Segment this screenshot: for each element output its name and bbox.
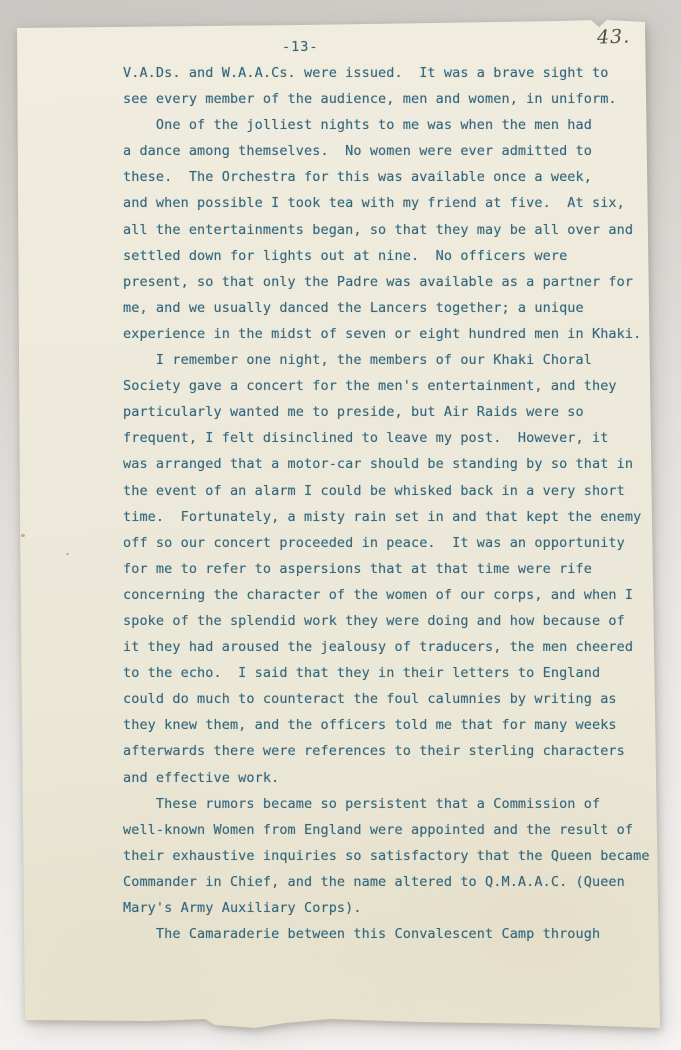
typed-line: present, so that only the Padre was avai… [123,269,658,295]
typed-line: particularly wanted me to preside, but A… [123,399,658,425]
page-number: -13- [282,39,319,55]
photo-background: -13- 43. V.A.Ds. and W.A.A.Cs. were issu… [0,0,681,1050]
typed-line: settled down for lights out at nine. No … [123,243,658,269]
typed-line: and when possible I took tea with my fri… [123,190,658,216]
typed-line: all the entertainments began, so that th… [123,217,658,243]
typed-line: for me to refer to aspersions that at th… [123,556,658,582]
typed-line: and effective work. [123,765,658,791]
typed-line: me, and we usually danced the Lancers to… [123,295,658,321]
typed-line: experience in the midst of seven or eigh… [123,321,658,347]
document-page: -13- 43. V.A.Ds. and W.A.A.Cs. were issu… [0,0,681,1050]
typed-line: One of the jolliest nights to me was whe… [123,112,658,138]
typed-line: concerning the character of the women of… [123,582,658,608]
typed-line: Society gave a concert for the men's ent… [123,373,658,399]
handwritten-folio-annotation: 43. [597,25,631,48]
typed-line: frequent, I felt disinclined to leave my… [123,425,658,451]
typed-line: afterwards there were references to thei… [123,738,658,764]
typed-line: to the echo. I said that they in their l… [123,660,658,686]
typed-line: V.A.Ds. and W.A.A.Cs. were issued. It wa… [123,60,658,86]
typed-line: could do much to counteract the foul cal… [123,686,658,712]
paper-speck [66,553,69,555]
typed-line: these. The Orchestra for this was availa… [123,164,658,190]
typed-line: time. Fortunately, a misty rain set in a… [123,504,658,530]
paper-shadow: -13- 43. V.A.Ds. and W.A.A.Cs. were issu… [0,0,681,1050]
typed-line: These rumors became so persistent that a… [123,791,658,817]
paper-speck [21,534,25,537]
typed-line: see every member of the audience, men an… [123,86,658,112]
typed-line: spoke of the splendid work they were doi… [123,608,658,634]
typed-line: Commander in Chief, and the name altered… [123,869,658,895]
typed-line: their exhaustive inquiries so satisfacto… [123,843,658,869]
typed-line: a dance among themselves. No women were … [123,138,658,164]
typed-line: they knew them, and the officers told me… [123,712,658,738]
typed-line: off so our concert proceeded in peace. I… [123,530,658,556]
typed-line: The Camaraderie between this Convalescen… [123,921,658,947]
typed-line: well-known Women from England were appoi… [123,817,658,843]
typed-line: was arranged that a motor-car should be … [123,451,658,477]
typed-line: I remember one night, the members of our… [123,347,658,373]
typed-line: Mary's Army Auxiliary Corps). [123,895,658,921]
typed-text-body: V.A.Ds. and W.A.A.Cs. were issued. It wa… [123,60,658,947]
typed-line: it they had aroused the jealousy of trad… [123,634,658,660]
typed-line: the event of an alarm I could be whisked… [123,478,658,504]
